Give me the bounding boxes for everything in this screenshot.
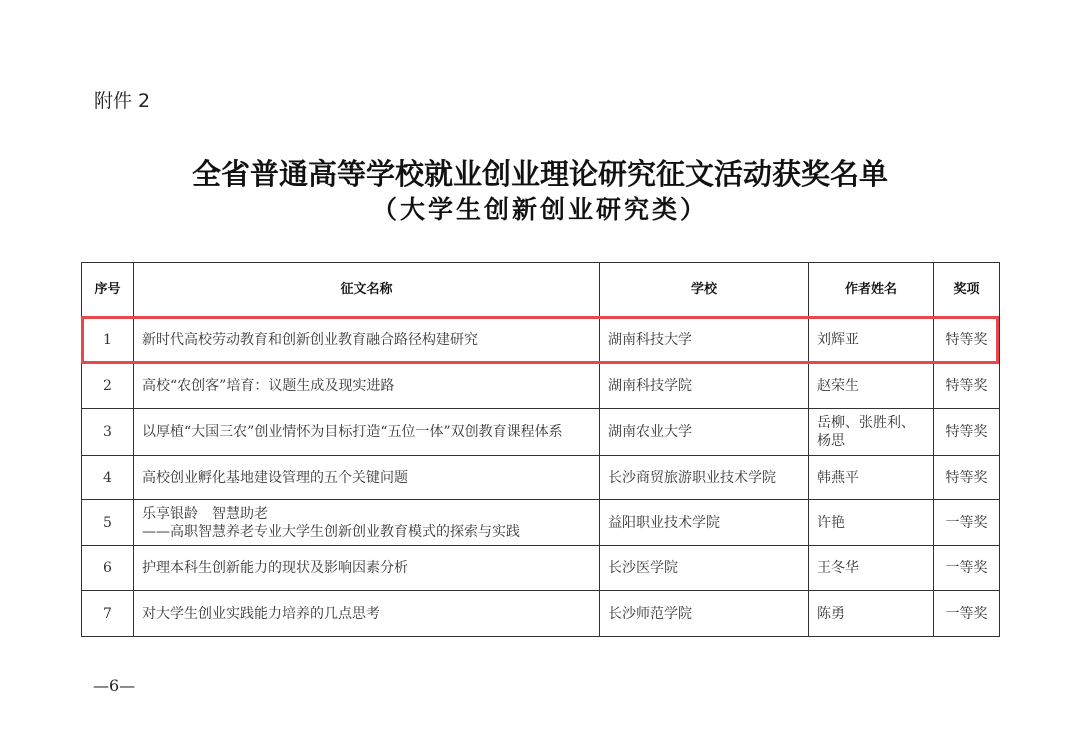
table-row: 6 护理本科生创新能力的现状及影响因素分析 长沙医学院 王冬华 一等奖	[82, 546, 1000, 591]
cell-award: 特等奖	[934, 317, 1000, 363]
cell-author: 王冬华	[809, 546, 934, 591]
cell-no: 2	[82, 363, 134, 409]
header-no: 序号	[82, 263, 134, 317]
table-row: 5 乐享银龄 智慧助老 ——高职智慧养老专业大学生创新创业教育模式的探索与实践 …	[82, 500, 1000, 546]
cell-school: 长沙师范学院	[600, 591, 809, 637]
cell-no: 7	[82, 591, 134, 637]
page-number: —6—	[93, 676, 135, 695]
cell-title: 以厚植“大国三农”创业情怀为目标打造“五位一体”双创教育课程体系	[134, 409, 600, 456]
document-subtitle: （大学生创新创业研究类）	[0, 190, 1080, 226]
cell-author: 刘辉亚	[809, 317, 934, 363]
cell-school: 湖南农业大学	[600, 409, 809, 456]
cell-school: 湖南科技大学	[600, 317, 809, 363]
attachment-label: 附件 2	[94, 86, 150, 113]
header-school: 学校	[600, 263, 809, 317]
table-row: 4 高校创业孵化基地建设管理的五个关键问题 长沙商贸旅游职业技术学院 韩燕平 特…	[82, 456, 1000, 500]
cell-title: 高校创业孵化基地建设管理的五个关键问题	[134, 456, 600, 500]
table-header-row: 序号 征文名称 学校 作者姓名 奖项	[82, 263, 1000, 317]
cell-school: 益阳职业技术学院	[600, 500, 809, 546]
cell-no: 1	[82, 317, 134, 363]
cell-author: 韩燕平	[809, 456, 934, 500]
table-row: 3 以厚植“大国三农”创业情怀为目标打造“五位一体”双创教育课程体系 湖南农业大…	[82, 409, 1000, 456]
cell-award: 特等奖	[934, 409, 1000, 456]
cell-author: 岳柳、张胜利、杨思	[809, 409, 934, 456]
cell-title-line2: ——高职智慧养老专业大学生创新创业教育模式的探索与实践	[142, 523, 591, 541]
cell-title: 乐享银龄 智慧助老 ——高职智慧养老专业大学生创新创业教育模式的探索与实践	[134, 500, 600, 546]
cell-title: 护理本科生创新能力的现状及影响因素分析	[134, 546, 600, 591]
table-row: 2 高校“农创客”培育：议题生成及现实进路 湖南科技学院 赵荣生 特等奖	[82, 363, 1000, 409]
table-row: 1 新时代高校劳动教育和创新创业教育融合路径构建研究 湖南科技大学 刘辉亚 特等…	[82, 317, 1000, 363]
cell-title: 新时代高校劳动教育和创新创业教育融合路径构建研究	[134, 317, 600, 363]
cell-award: 一等奖	[934, 591, 1000, 637]
cell-award: 特等奖	[934, 363, 1000, 409]
header-award: 奖项	[934, 263, 1000, 317]
cell-no: 3	[82, 409, 134, 456]
cell-title: 高校“农创客”培育：议题生成及现实进路	[134, 363, 600, 409]
awards-table: 序号 征文名称 学校 作者姓名 奖项 1 新时代高校劳动教育和创新创业教育融合路…	[81, 262, 1000, 637]
cell-award: 特等奖	[934, 456, 1000, 500]
cell-school: 长沙医学院	[600, 546, 809, 591]
cell-author: 许艳	[809, 500, 934, 546]
cell-no: 4	[82, 456, 134, 500]
table-row: 7 对大学生创业实践能力培养的几点思考 长沙师范学院 陈勇 一等奖	[82, 591, 1000, 637]
cell-title: 对大学生创业实践能力培养的几点思考	[134, 591, 600, 637]
cell-title-line1: 乐享银龄 智慧助老	[142, 505, 591, 523]
cell-school: 湖南科技学院	[600, 363, 809, 409]
cell-school: 长沙商贸旅游职业技术学院	[600, 456, 809, 500]
document-title: 全省普通高等学校就业创业理论研究征文活动获奖名单	[0, 152, 1080, 193]
header-author: 作者姓名	[809, 263, 934, 317]
cell-no: 6	[82, 546, 134, 591]
cell-no: 5	[82, 500, 134, 546]
cell-author: 陈勇	[809, 591, 934, 637]
cell-author: 赵荣生	[809, 363, 934, 409]
header-title: 征文名称	[134, 263, 600, 317]
cell-award: 一等奖	[934, 500, 1000, 546]
cell-award: 一等奖	[934, 546, 1000, 591]
